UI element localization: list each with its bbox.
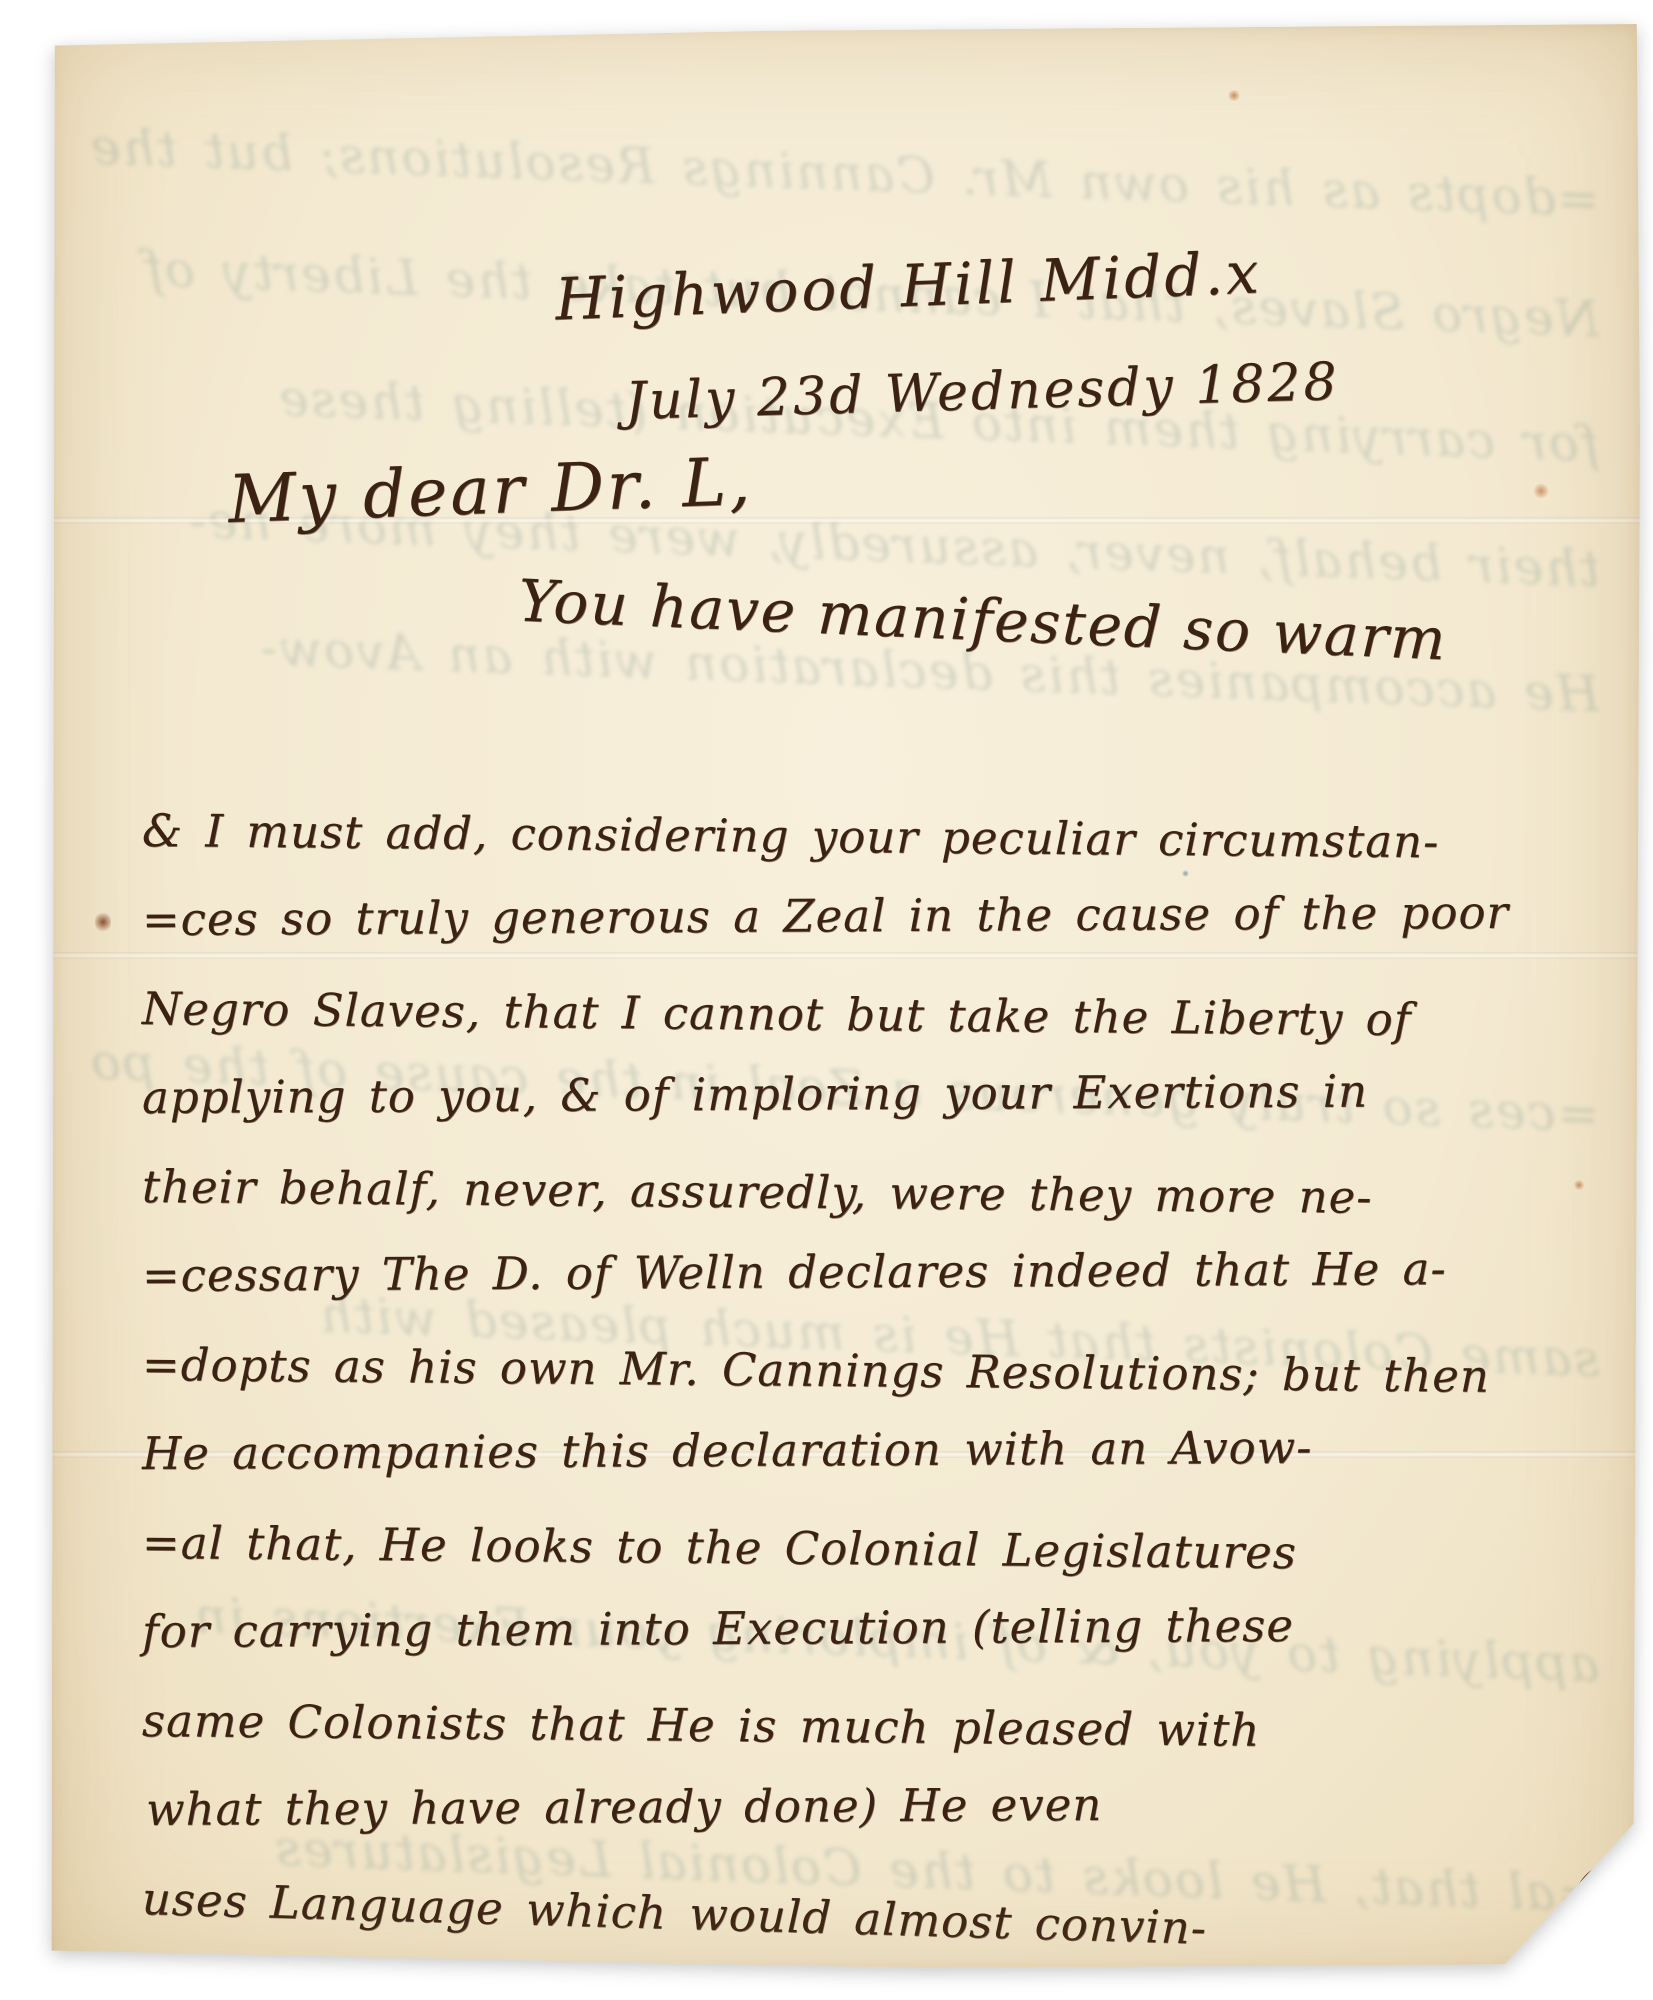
letter-line: =al that, He looks to the Colonial Legis… <box>142 1498 1585 1600</box>
letter-salutation: My dear Dr. L, <box>227 443 754 538</box>
bleedthrough-text: same Colonists that He is much pleased w… <box>89 1278 1600 1389</box>
bleedthrough-text: applying to you, & of imploring your Exe… <box>89 1583 1600 1694</box>
bleedthrough-text: =dopts as his own Mr. Cannings Resolutio… <box>89 118 1600 229</box>
foxing-spot <box>95 911 111 933</box>
letter-line: Negro Slaves, that I cannot but take the… <box>142 964 1585 1066</box>
bleedthrough-text: He accompanies this declaration with an … <box>89 613 1600 724</box>
foxing-spot <box>1532 484 1550 498</box>
letter-body: & I must add, considering your peculiar … <box>142 786 1584 1943</box>
letter-place-line: Highwood Hill Midd.x <box>554 238 1263 333</box>
fold-crease <box>50 1451 1640 1458</box>
ink-blot <box>1563 1855 1633 1938</box>
bleedthrough-text: =al that, He looks to the Colonial Legis… <box>89 1813 1600 1924</box>
letter-line: for carrying them into Execution (tellin… <box>142 1579 1584 1676</box>
letter-line: their behalf, never, assuredly, were the… <box>142 1142 1585 1244</box>
letter-line: =dopts as his own Mr. Cannings Resolutio… <box>142 1320 1585 1422</box>
letter-line: uses Language which would almost convin- <box>141 1854 1585 1983</box>
paper-speck <box>1182 870 1189 877</box>
letter-opening-line: You have manifested so warm <box>517 567 1449 674</box>
fold-crease <box>50 952 1640 959</box>
letter-paper: =dopts as his own Mr. Cannings Resolutio… <box>50 24 1640 1974</box>
bleedthrough-text: =ces so truly generous a Zeal in the cau… <box>89 1033 1600 1144</box>
letter-line: what they have already done) He even <box>142 1757 1584 1854</box>
bleedthrough-text: for carrying them into Execution (tellin… <box>89 363 1600 474</box>
letter-line: =cessary The D. of Welln declares indeed… <box>142 1223 1584 1320</box>
foxing-spot <box>1573 1180 1585 1190</box>
letter-line: & I must add, considering your peculiar … <box>142 786 1585 888</box>
foxing-spot <box>1227 90 1241 101</box>
handwritten-letter: Highwood Hill Midd.x July 23d Wednesdy 1… <box>50 24 1640 1974</box>
bleedthrough-text: Negro Slaves, that I cannot but take the… <box>89 238 1600 349</box>
letter-photo: =dopts as his own Mr. Cannings Resolutio… <box>50 24 1640 1974</box>
letter-line: applying to you, & of imploring your Exe… <box>142 1045 1584 1142</box>
letter-date-line: July 23d Wednesdy 1828 <box>624 352 1340 432</box>
letter-line: He accompanies this declaration with an … <box>142 1401 1584 1498</box>
fold-crease <box>50 517 1640 524</box>
letter-line: same Colonists that He is much pleased w… <box>142 1676 1585 1778</box>
letter-line: =ces so truly generous a Zeal in the cau… <box>142 867 1584 964</box>
bleedthrough-text: their behalf, never, assuredly, were the… <box>89 488 1600 599</box>
